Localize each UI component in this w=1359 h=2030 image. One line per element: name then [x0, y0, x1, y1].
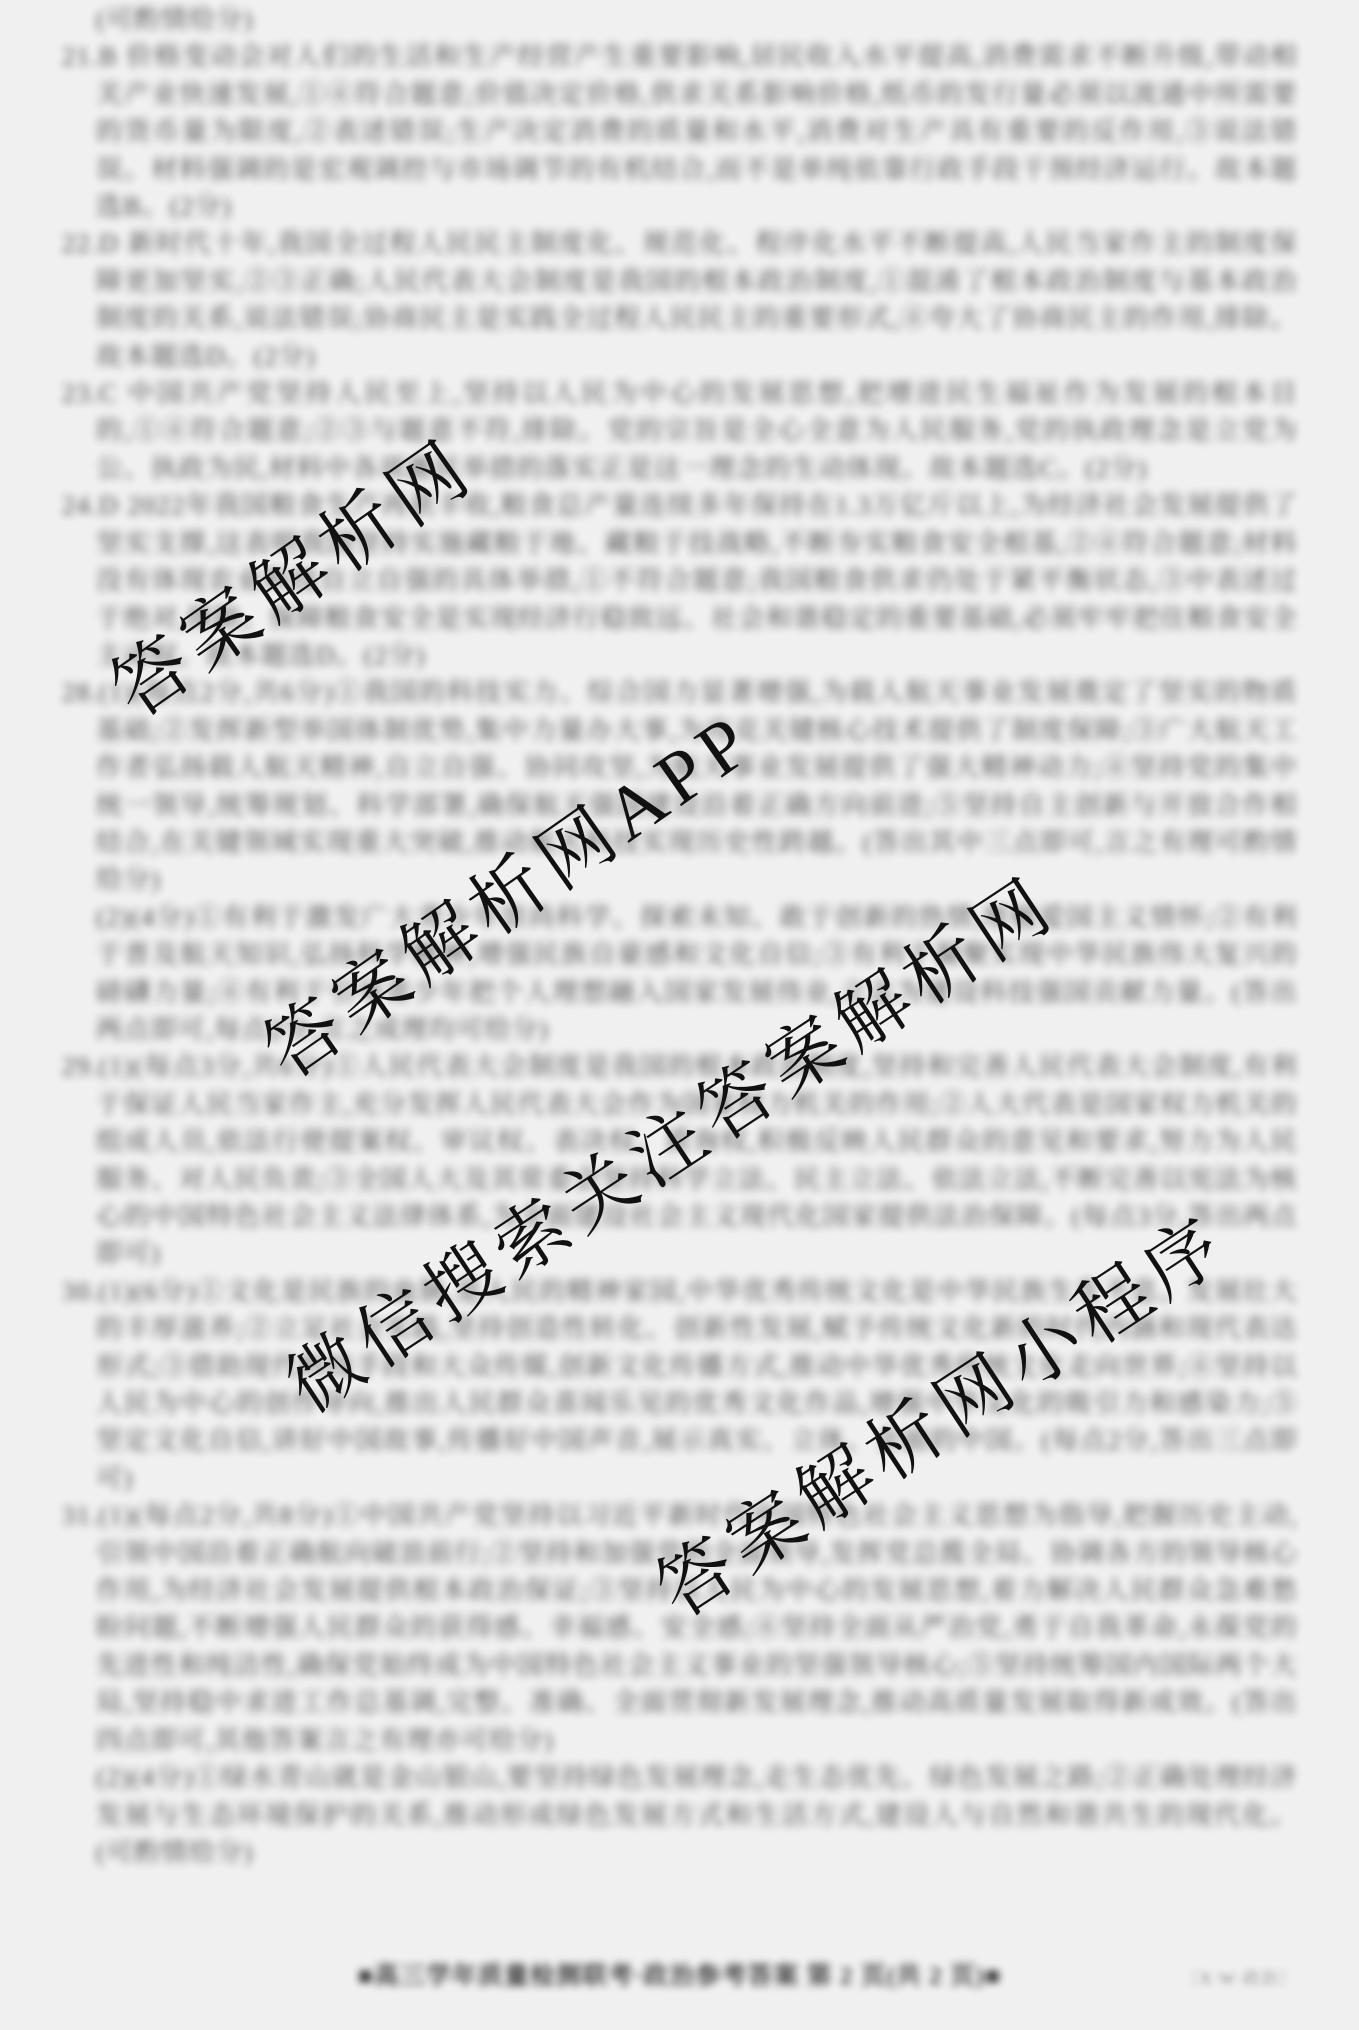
exam-answer-page: (可酌情给分) 21.B 价格变动会对人们的生活和生产经营产生重要影响,居民收入…: [0, 0, 1359, 2030]
answer-subparagraph: (2)(4分)①绿水青山就是金山银山,要坚持绿色发展理念,走生态优先、绿色发展之…: [62, 1759, 1298, 1871]
answer-paragraph: (可酌情给分): [62, 1, 1298, 38]
answer-paragraph: 21.B 价格变动会对人们的生活和生产经营产生重要影响,居民收入水平提高,消费需…: [62, 38, 1298, 225]
answer-paragraph: 22.D 新时代十年,我国全过程人民民主制度化、规范化、程序化水平不断提高,人民…: [62, 225, 1298, 375]
answer-paragraph: 23.C 中国共产党坚持人民至上,坚持以人民为中心的发展思想,把增进民生福祉作为…: [62, 375, 1298, 487]
page-footer-code: 〔X·W·政治〕: [1181, 1964, 1297, 1989]
page-footer-title: ■高三学年质量检测联考·政治参考答案 第 2 页(共 2 页)■: [0, 1956, 1359, 1992]
answer-subparagraph: (2)(4分)①有利于激发广大青少年崇尚科学、探索未知、敢于创新的热情,厚植爱国…: [62, 899, 1298, 1049]
